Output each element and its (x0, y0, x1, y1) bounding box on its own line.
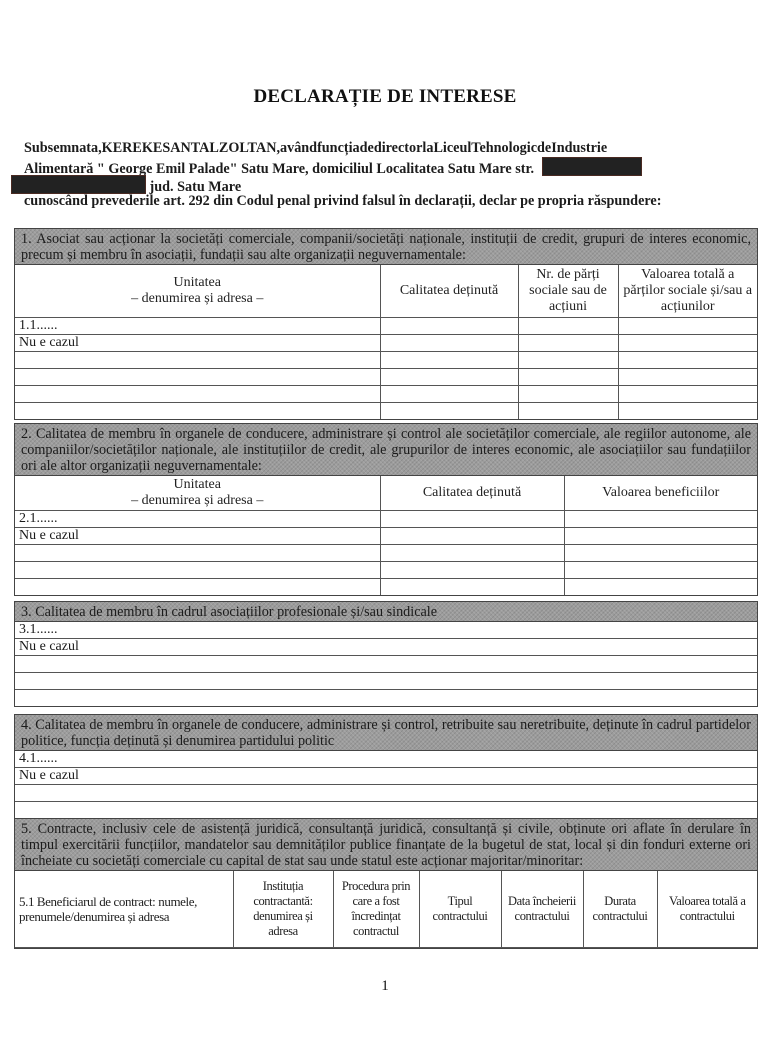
column-header-beneficiary: 5.1 Beneficiarul de contract: numele, pr… (15, 871, 233, 947)
table-cell (618, 317, 757, 334)
section-5-table: 5.1 Beneficiarul de contract: numele, pr… (15, 871, 757, 948)
page-number: 1 (0, 978, 770, 995)
table-row (15, 578, 757, 595)
list-item (15, 801, 757, 818)
table-row (15, 544, 757, 561)
section-1-shareholdings: 1. Asociat sau acționar la societăți com… (14, 228, 758, 420)
section-1-heading: 1. Asociat sau acționar la societăți com… (15, 229, 757, 265)
list-item (15, 655, 757, 672)
table-cell (518, 334, 618, 351)
redacted-street-name (11, 175, 146, 194)
table-row: Nu e cazul (15, 527, 757, 544)
section-4-lines: 4.1...... Nu e cazul (15, 751, 757, 818)
table-cell: Nu e cazul (15, 334, 380, 351)
intro-line-4: cunoscând prevederile art. 292 din Codul… (24, 193, 661, 210)
redacted-street-number (542, 157, 642, 176)
list-item: Nu e cazul (15, 638, 757, 655)
section-5-contracts: 5. Contracte, inclusiv cele de asistență… (14, 818, 758, 949)
column-header-contracting-institution: Instituția contractantă: denumirea și ad… (233, 871, 333, 947)
table-cell: 1.1...... (15, 317, 380, 334)
section-4-political-parties: 4. Calitatea de membru în organele de co… (14, 714, 758, 819)
column-header-contract-type: Tipul contractului (419, 871, 501, 947)
column-header-duration: Durata contractului (583, 871, 657, 947)
column-header-signing-date: Data încheierii contractului (501, 871, 583, 947)
column-header-total-value: Valoarea totală a contractului (657, 871, 757, 947)
table-row (15, 402, 757, 419)
list-item (15, 689, 757, 706)
table-row (15, 385, 757, 402)
table-row: 1.1...... (15, 317, 757, 334)
column-header-unit: Unitatea – denumirea și adresa – (15, 476, 380, 510)
document-title: DECLARAȚIE DE INTERESE (0, 86, 770, 108)
table-cell: Nu e cazul (15, 527, 380, 544)
section-3-professional-associations: 3. Calitatea de membru în cadrul asociaț… (14, 601, 758, 707)
table-cell (380, 334, 518, 351)
column-header-shares-count: Nr. de părți sociale sau de acțiuni (518, 265, 618, 317)
table-row (15, 561, 757, 578)
section-4-heading: 4. Calitatea de membru în organele de co… (15, 715, 757, 751)
table-cell (380, 317, 518, 334)
column-header-procedure: Procedura prin care a fost încredințat c… (333, 871, 419, 947)
list-item: 3.1...... (15, 622, 757, 638)
list-item: Nu e cazul (15, 767, 757, 784)
declaration-page: DECLARAȚIE DE INTERESE Subsemnata,KEREKE… (0, 0, 770, 1044)
section-5-heading: 5. Contracte, inclusiv cele de asistență… (15, 819, 757, 871)
intro-line-1: Subsemnata,KEREKESANTALZOLTAN,avândfuncț… (24, 140, 754, 157)
section-2-board-memberships: 2. Calitatea de membru în organele de co… (14, 423, 758, 596)
column-header-capacity: Calitatea deținută (380, 476, 564, 510)
table-row: Nu e cazul (15, 334, 757, 351)
table-cell (518, 317, 618, 334)
table-cell (618, 334, 757, 351)
list-item (15, 784, 757, 801)
section-3-heading: 3. Calitatea de membru în cadrul asociaț… (15, 602, 757, 622)
section-1-table: Unitatea – denumirea și adresa – Calitat… (15, 265, 757, 419)
column-header-unit: Unitatea – denumirea și adresa – (15, 265, 380, 317)
list-item: 4.1...... (15, 751, 757, 767)
table-row: 2.1...... (15, 510, 757, 527)
section-3-lines: 3.1...... Nu e cazul (15, 622, 757, 706)
table-row (15, 351, 757, 368)
column-header-capacity: Calitatea deținută (380, 265, 518, 317)
column-header-total-value: Valoarea totală a părților sociale și/sa… (618, 265, 757, 317)
column-header-benefits-value: Valoarea beneficiilor (564, 476, 757, 510)
table-cell: 2.1...... (15, 510, 380, 527)
section-2-table: Unitatea – denumirea și adresa – Calitat… (15, 476, 757, 595)
table-row (15, 368, 757, 385)
list-item (15, 672, 757, 689)
section-2-heading: 2. Calitatea de membru în organele de co… (15, 424, 757, 476)
